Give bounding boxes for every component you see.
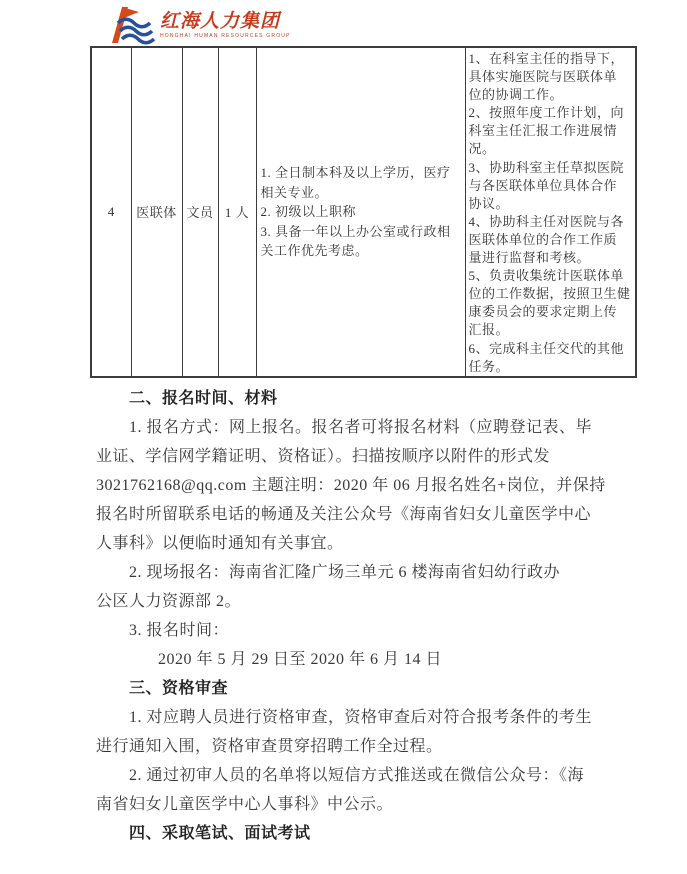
- recruitment-table: 4 医联体 文员 1 人 1. 全日制本科及以上学历，医疗 相关专业。 2. 初…: [90, 46, 637, 378]
- duty-line: 位的协调工作。: [469, 86, 635, 104]
- duty-line: 3、协助科室主任草拟医院: [469, 159, 635, 177]
- section-heading-4: 四、采取笔试、面试考试: [96, 819, 616, 848]
- duty-line: 6、完成科主任交代的其他: [469, 340, 635, 358]
- duty-line: 医联体单位的合作工作质: [469, 231, 635, 249]
- duty-line: 具体实施医院与医联体单: [469, 68, 635, 86]
- duty-line: 康委员会的要求定期上传: [469, 303, 635, 321]
- flag-waves-icon: [106, 3, 156, 45]
- text-line: 1. 对应聘人员进行资格审查，资格审查后对符合报考条件的考生: [96, 703, 616, 732]
- section-heading-3: 三、资格审查: [96, 674, 616, 703]
- duty-line: 4、协助科主任对医院与各: [469, 213, 635, 231]
- duty-line: 科室主任汇报工作进展情: [469, 122, 635, 140]
- text-line: 人事科》以便临时通知有关事宜。: [96, 529, 616, 558]
- text-line: 2020 年 5 月 29 日至 2020 年 6 月 14 日: [96, 645, 616, 674]
- section-heading-2: 二、报名时间、材料: [96, 384, 616, 413]
- requirement-line: 相关专业。: [261, 183, 463, 203]
- position-cell: 文员: [182, 47, 218, 377]
- duty-line: 与各医联体单位具体合作: [469, 177, 635, 195]
- text-line: 南省妇女儿童医学中心人事科》中公示。: [96, 790, 616, 819]
- text-line: 业证、学信网学籍证明、资格证）。扫描按顺序以附件的形式发: [96, 442, 616, 471]
- text-line: 公区人力资源部 2。: [96, 587, 616, 616]
- brand-name-cn: 红海人力集团: [160, 11, 291, 33]
- text-line: 1. 报名方式：网上报名。报名者可将报名材料（应聘登记表、毕: [96, 413, 616, 442]
- requirement-line: 1. 全日制本科及以上学历，医疗: [261, 163, 463, 183]
- requirement-line: 2. 初级以上职称: [261, 202, 463, 222]
- headcount-cell: 1 人: [218, 47, 256, 377]
- text-line: 2. 现场报名：海南省汇隆广场三单元 6 楼海南省妇幼行政办: [96, 558, 616, 587]
- text-line: 2. 通过初审人员的名单将以短信方式推送或在微信公众号：《海: [96, 761, 616, 790]
- duty-line: 2、按照年度工作计划，向: [469, 104, 635, 122]
- text-line: 报名时所留联系电话的畅通及关注公众号《海南省妇女儿童医学中心: [96, 500, 616, 529]
- document-page: 红海人力集团 HONGHAI HUMAN RESOURCES GROUP 4 医…: [0, 0, 687, 874]
- duty-line: 况。: [469, 140, 635, 158]
- body-text: 二、报名时间、材料 1. 报名方式：网上报名。报名者可将报名材料（应聘登记表、毕…: [96, 384, 616, 848]
- requirement-line: 关工作优先考虑。: [261, 241, 463, 261]
- company-logo: 红海人力集团 HONGHAI HUMAN RESOURCES GROUP: [106, 3, 291, 45]
- duty-line: 位的工作数据，按照卫生健: [469, 285, 635, 303]
- table-row: 4 医联体 文员 1 人 1. 全日制本科及以上学历，医疗 相关专业。 2. 初…: [91, 47, 636, 377]
- brand-name-en: HONGHAI HUMAN RESOURCES GROUP: [160, 33, 291, 40]
- duties-cell: 1、在科室主任的指导下， 具体实施医院与医联体单 位的协调工作。 2、按照年度工…: [465, 47, 636, 377]
- requirement-line: 3. 具备一年以上办公室或行政相: [261, 222, 463, 242]
- logo-text: 红海人力集团 HONGHAI HUMAN RESOURCES GROUP: [160, 3, 291, 40]
- seq-cell: 4: [91, 47, 131, 377]
- department-cell: 医联体: [131, 47, 182, 377]
- duty-line: 协议。: [469, 195, 635, 213]
- duty-line: 5、负责收集统计医联体单: [469, 267, 635, 285]
- duty-line: 汇报。: [469, 321, 635, 339]
- duty-line: 1、在科室主任的指导下，: [469, 50, 635, 68]
- requirements-cell: 1. 全日制本科及以上学历，医疗 相关专业。 2. 初级以上职称 3. 具备一年…: [256, 47, 465, 377]
- text-line: 3021762168@qq.com 主题注明：2020 年 06 月报名姓名+岗…: [96, 471, 616, 500]
- text-line: 3. 报名时间：: [96, 616, 616, 645]
- duty-line: 量进行监督和考核。: [469, 249, 635, 267]
- duty-line: 任务。: [469, 358, 635, 376]
- text-line: 进行通知入围，资格审查贯穿招聘工作全过程。: [96, 732, 616, 761]
